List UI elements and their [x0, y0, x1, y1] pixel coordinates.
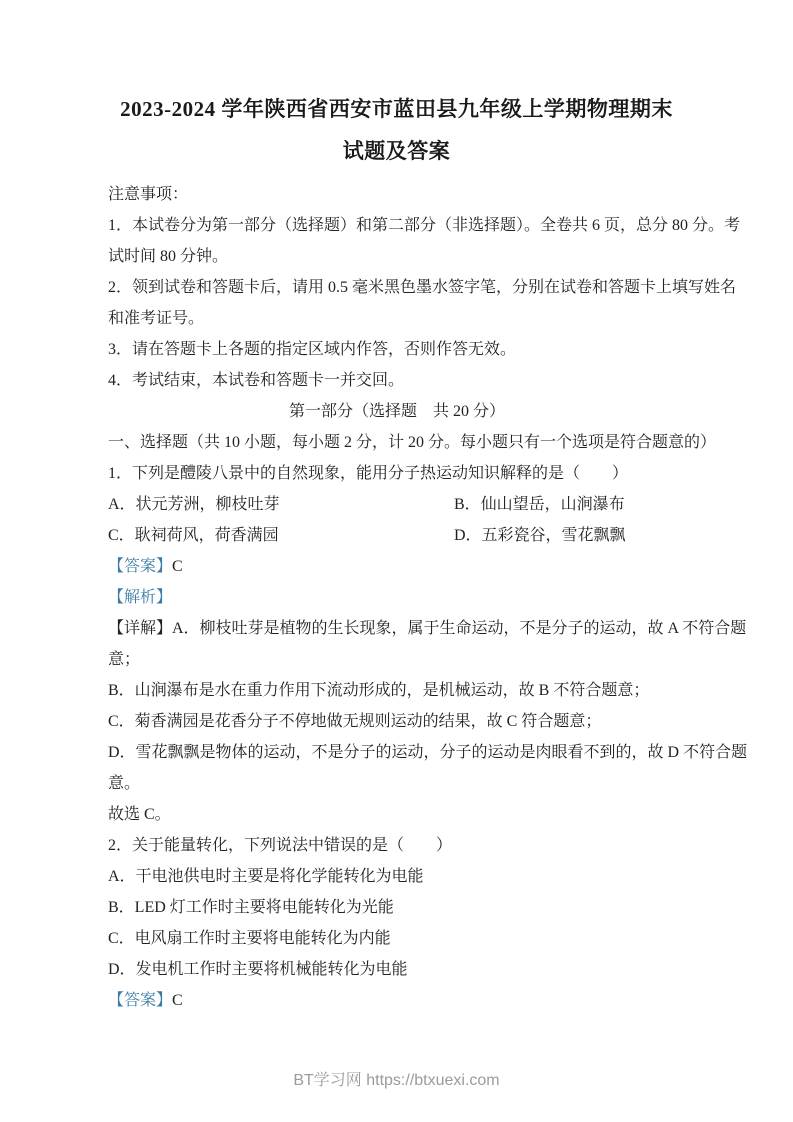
- q1-detail-line: B．山涧瀑布是水在重力作用下流动形成的，是机械运动，故 B 不符合题意；: [108, 675, 686, 706]
- q2-option-c: C．电风扇工作时主要将电能转化为内能: [108, 923, 686, 954]
- q1-option-a: A．状元芳洲，柳枝吐芽: [108, 489, 454, 520]
- q2-answer-label: 【答案】: [108, 992, 172, 1009]
- document-page: 2023-2024 学年陕西省西安市蓝田县九年级上学期物理期末 试题及答案 注意…: [0, 0, 793, 1122]
- q1-stem: 1．下列是醴陵八景中的自然现象，能用分子热运动知识解释的是（ ）: [108, 458, 686, 489]
- q1-analysis-label: 【解析】: [108, 589, 172, 606]
- page-title: 2023-2024 学年陕西省西安市蓝田县九年级上学期物理期末 试题及答案: [0, 88, 793, 172]
- page-title-line1: 2023-2024 学年陕西省西安市蓝田县九年级上学期物理期末: [0, 88, 793, 130]
- q2-answer-value: C: [172, 992, 183, 1009]
- section-subheading: 一、选择题（共 10 小题，每小题 2 分，计 20 分。每小题只有一个选项是符…: [108, 427, 686, 458]
- q1-detail-line: 意；: [108, 644, 686, 675]
- notice-item-4: 4．考试结束，本试卷和答题卡一并交回。: [108, 365, 686, 396]
- notice-item-2-line-2: 和准考证号。: [108, 303, 686, 334]
- notice-item-1-line-1: 1．本试卷分为第一部分（选择题）和第二部分（非选择题）。全卷共 6 页，总分 8…: [108, 210, 686, 241]
- q2-option-b: B．LED 灯工作时主要将电能转化为光能: [108, 892, 686, 923]
- q2-option-d: D．发电机工作时主要将机械能转化为电能: [108, 954, 686, 985]
- q2-answer-line: 【答案】C: [108, 985, 686, 1016]
- q1-option-b: B．仙山望岳，山涧瀑布: [454, 496, 625, 513]
- q1-detail-line: 【详解】A．柳枝吐芽是植物的生长现象，属于生命运动，不是分子的运动，故 A 不符…: [108, 613, 686, 644]
- document-body: 注意事项： 1．本试卷分为第一部分（选择题）和第二部分（非选择题）。全卷共 6 …: [108, 179, 686, 1016]
- q1-options-row-2: C．耿祠荷风，荷香满园D．五彩瓷谷，雪花飘飘: [108, 520, 686, 551]
- q1-detail-line: 故选 C。: [108, 799, 686, 830]
- q1-option-d: D．五彩瓷谷，雪花飘飘: [454, 527, 626, 544]
- q1-answer-line: 【答案】C: [108, 551, 686, 582]
- section-heading: 第一部分（选择题 共 20 分）: [108, 396, 686, 427]
- q1-analysis-line: 【解析】: [108, 582, 686, 613]
- q1-answer-label: 【答案】: [108, 558, 172, 575]
- q1-answer-value: C: [172, 558, 183, 575]
- q1-options-row-1: A．状元芳洲，柳枝吐芽B．仙山望岳，山涧瀑布: [108, 489, 686, 520]
- q1-detail-line: 意。: [108, 768, 686, 799]
- notice-heading: 注意事项：: [108, 179, 686, 210]
- page-title-line2: 试题及答案: [0, 130, 793, 172]
- q2-stem: 2．关于能量转化，下列说法中错误的是（ ）: [108, 830, 686, 861]
- q1-option-c: C．耿祠荷风，荷香满园: [108, 520, 454, 551]
- q2-option-a: A．干电池供电时主要是将化学能转化为电能: [108, 861, 686, 892]
- q1-detail-line: C．菊香满园是花香分子不停地做无规则运动的结果，故 C 符合题意；: [108, 706, 686, 737]
- notice-item-1-line-2: 试时间 80 分钟。: [108, 241, 686, 272]
- notice-item-2-line-1: 2．领到试卷和答题卡后，请用 0.5 毫米黑色墨水签字笔，分别在试卷和答题卡上填…: [108, 272, 686, 303]
- footer-watermark: BT学习网 https://btxuexi.com: [0, 1067, 793, 1090]
- footer-site-link: BT学习网 https://btxuexi.com: [293, 1072, 499, 1089]
- q1-detail-line: D．雪花飘飘是物体的运动，不是分子的运动，分子的运动是肉眼看不到的，故 D 不符…: [108, 737, 686, 768]
- notice-item-3: 3．请在答题卡上各题的指定区域内作答，否则作答无效。: [108, 334, 686, 365]
